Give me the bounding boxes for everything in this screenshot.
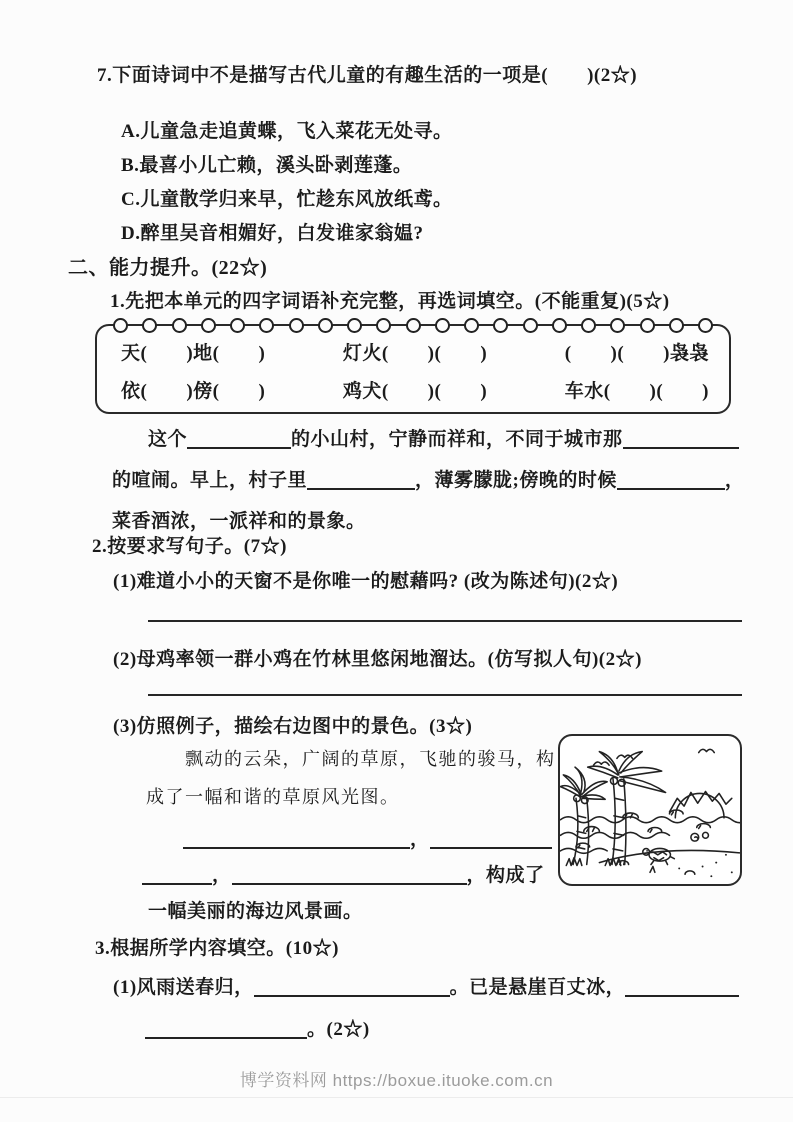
palm-tree-icon — [588, 752, 666, 865]
blank-underline — [625, 981, 739, 997]
example-text-line-1: 飘动的云朵，广阔的草原，飞驰的骏马，构 — [185, 745, 556, 771]
answer-line — [148, 620, 742, 622]
spiral-ring-icon — [435, 318, 450, 333]
beach-scene-line-drawing — [560, 736, 740, 884]
blank-underline — [617, 474, 725, 490]
spiral-binding — [113, 318, 713, 333]
fill-line-ending: 一幅美丽的海边风景画。 — [148, 896, 363, 923]
word-bank-cell: 鸡犬( )( ) — [343, 376, 487, 403]
spiral-ring-icon — [581, 318, 596, 333]
spiral-ring-icon — [172, 318, 187, 333]
spiral-ring-icon — [610, 318, 625, 333]
rock — [648, 828, 662, 833]
question-7-option-a: A.儿童急走追黄蝶，飞入菜花无处寻。 — [121, 116, 452, 143]
blank-underline — [623, 433, 739, 449]
palm-tree-icon — [560, 767, 607, 864]
shell-curl — [695, 837, 698, 838]
footer-divider — [0, 1097, 793, 1098]
rock — [584, 827, 600, 832]
worksheet-page: 7.下面诗词中不是描写古代儿童的有趣生活的一项是( )(2☆) A.儿童急走追黄… — [0, 0, 793, 1122]
beach-scene-illustration — [558, 734, 742, 886]
fill-paragraph-line-1: 这个的小山村，宁静而祥和，不同于城市那 — [112, 424, 739, 451]
spiral-ring-icon — [552, 318, 567, 333]
word-bank-box: 天( )地( ) 灯火( )( ) ( )( )袅袅 依( )傍( ) 鸡犬( … — [95, 324, 731, 414]
spiral-ring-icon — [376, 318, 391, 333]
paragraph-text: ， — [410, 829, 430, 850]
spiral-ring-icon — [230, 318, 245, 333]
paragraph-text: 。(2☆) — [307, 1019, 370, 1040]
spiral-ring-icon — [698, 318, 713, 333]
blank-underline — [142, 869, 212, 885]
rock — [697, 824, 711, 829]
clam-shell-icon — [617, 861, 629, 865]
spiral-ring-icon — [669, 318, 684, 333]
fill-paragraph-line-3: 菜香酒浓，一派祥和的景象。 — [112, 506, 366, 533]
blank-underline — [187, 433, 291, 449]
paragraph-text: ， — [725, 470, 745, 491]
word-bank-cell: 灯火( )( ) — [343, 338, 487, 365]
q3-title: 3.根据所学内容填空。(10☆) — [95, 933, 339, 960]
paragraph-text: 。已是悬崖百丈冰， — [450, 977, 626, 998]
q1-title: 1.先把本单元的四字词语补充完整，再选词填空。(不能重复)(5☆) — [110, 286, 670, 313]
wave-line — [560, 817, 740, 823]
spiral-ring-icon — [113, 318, 128, 333]
spiral-ring-icon — [142, 318, 157, 333]
question-7-option-b: B.最喜小儿亡赖，溪头卧剥莲蓬。 — [121, 150, 412, 177]
seagull-icon — [699, 749, 715, 752]
answer-line — [148, 694, 742, 696]
q2-sub1: (1)难道小小的天窗不是你唯一的慰藉吗? (改为陈述句)(2☆) — [113, 566, 618, 593]
paragraph-text: 的小山村，宁静而祥和，不同于城市那 — [291, 429, 623, 450]
paragraph-text: ，薄雾朦胧;傍晚的时候 — [415, 470, 617, 491]
word-bank-row: 依( )傍( ) 鸡犬( )( ) 车水( )( ) — [121, 376, 709, 403]
spiral-ring-icon — [406, 318, 421, 333]
paragraph-text: ， — [212, 865, 232, 886]
spiral-ring-icon — [523, 318, 538, 333]
word-bank-cell: ( )( )袅袅 — [565, 338, 709, 365]
blank-underline — [307, 474, 415, 490]
word-bank-row: 天( )地( ) 灯火( )( ) ( )( )袅袅 — [121, 338, 709, 365]
spiral-ring-icon — [464, 318, 479, 333]
blank-underline — [232, 869, 467, 885]
seagull-icon — [594, 762, 610, 765]
blank-underline — [145, 1023, 307, 1039]
spiral-ring-icon — [640, 318, 655, 333]
paragraph-text: 这个 — [148, 429, 187, 450]
q2-title: 2.按要求写句子。(7☆) — [92, 531, 287, 558]
paragraph-text: (1)风雨送春归， — [113, 977, 254, 998]
question-7-option-c: C.儿童散学归来早，忙趁东风放纸鸢。 — [121, 184, 452, 211]
fill-line-2: ，，构成了 — [142, 860, 545, 887]
shell-icon — [703, 832, 709, 838]
word-bank-cell: 天( )地( ) — [121, 338, 265, 365]
spiral-ring-icon — [201, 318, 216, 333]
question-7-option-d: D.醉里吴音相媚好，白发谁家翁媪? — [121, 218, 423, 245]
word-bank-cell: 依( )傍( ) — [121, 376, 265, 403]
spiral-ring-icon — [289, 318, 304, 333]
q2-sub3: (3)仿照例子，描绘右边图中的景色。(3☆) — [113, 711, 472, 738]
paragraph-text: ，构成了 — [467, 865, 545, 886]
shell-icon — [685, 871, 695, 874]
example-text-line-2: 成了一幅和谐的草原风光图。 — [146, 783, 400, 809]
footer-watermark: 博学资料网 https://boxue.ituoke.com.cn — [0, 1066, 793, 1091]
fill-paragraph-line-2: 的喧闹。早上，村子里，薄雾朦胧;傍晚的时候， — [112, 465, 744, 492]
word-bank-cell: 车水( )( ) — [565, 376, 709, 403]
blank-underline — [430, 833, 552, 849]
spiral-ring-icon — [347, 318, 362, 333]
question-7-stem: 7.下面诗词中不是描写古代儿童的有趣生活的一项是( )(2☆) — [97, 60, 637, 87]
blank-underline — [183, 833, 410, 849]
q3-sub1-continuation: 。(2☆) — [145, 1014, 370, 1041]
paragraph-text: 的喧闹。早上，村子里 — [112, 470, 307, 491]
grass-tuft — [650, 866, 655, 872]
spiral-ring-icon — [493, 318, 508, 333]
section-2-header: 二、能力提升。(22☆) — [68, 251, 267, 280]
fill-line-1: ， — [183, 824, 552, 851]
spiral-ring-icon — [318, 318, 333, 333]
q2-sub2: (2)母鸡率领一群小鸡在竹林里悠闲地溜达。(仿写拟人句)(2☆) — [113, 644, 642, 671]
spiral-ring-icon — [259, 318, 274, 333]
q3-sub1: (1)风雨送春归，。已是悬崖百丈冰， — [113, 972, 739, 999]
blank-underline — [254, 981, 450, 997]
